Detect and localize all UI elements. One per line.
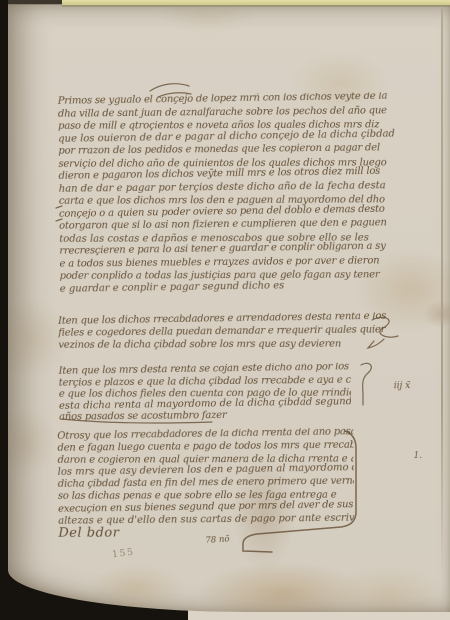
handwriting-layer: Primos se ygualo el conçejo de lopez mr… <box>0 0 450 620</box>
text-fragment: 78 nõ <box>205 534 230 545</box>
scanned-manuscript-photo: { "scan": { "background_color": "#16120e… <box>0 0 450 620</box>
paragraph-1: Primos se ygualo el conçejo de lopez mr… <box>58 92 432 296</box>
margin-numeral-note: iij x̃ <box>394 381 411 391</box>
paragraph-4: Otrosy que los rrecabdadores de la dicha… <box>57 428 354 540</box>
margin-mark: 1. <box>413 451 422 461</box>
text-line: vezinos de la dicha çibdad sobre los mr… <box>58 338 403 352</box>
paragraph-2: Iten que los dichos rrecabdadores e arre… <box>58 312 403 352</box>
paragraph-3: Iten que los mrs desta renta se cojan es… <box>59 363 352 424</box>
